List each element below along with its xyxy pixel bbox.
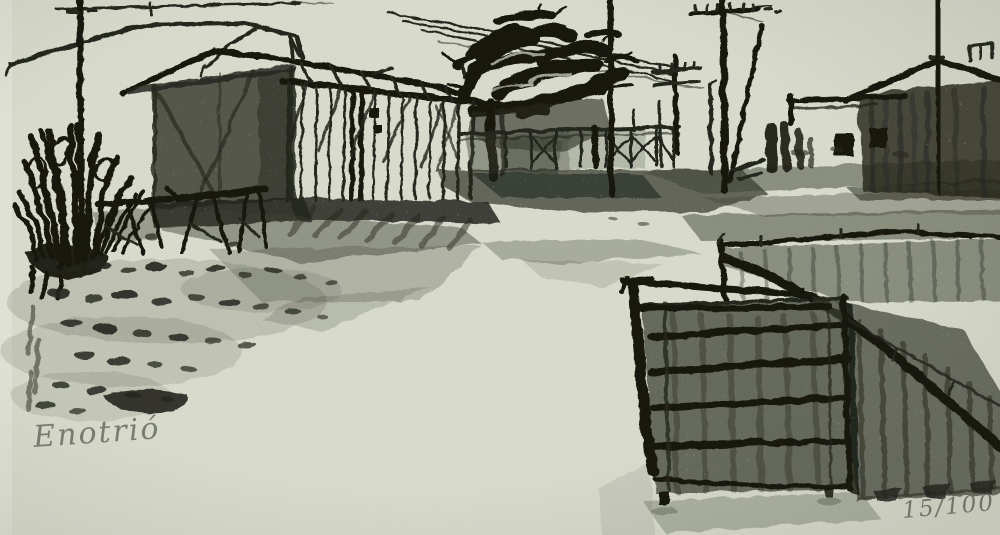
artwork-canvas: Enotrió 15/100 bbox=[0, 0, 1000, 535]
scanned-lithograph-photo: Enotrió 15/100 bbox=[0, 0, 1000, 535]
vignette-overlay bbox=[0, 0, 1000, 535]
